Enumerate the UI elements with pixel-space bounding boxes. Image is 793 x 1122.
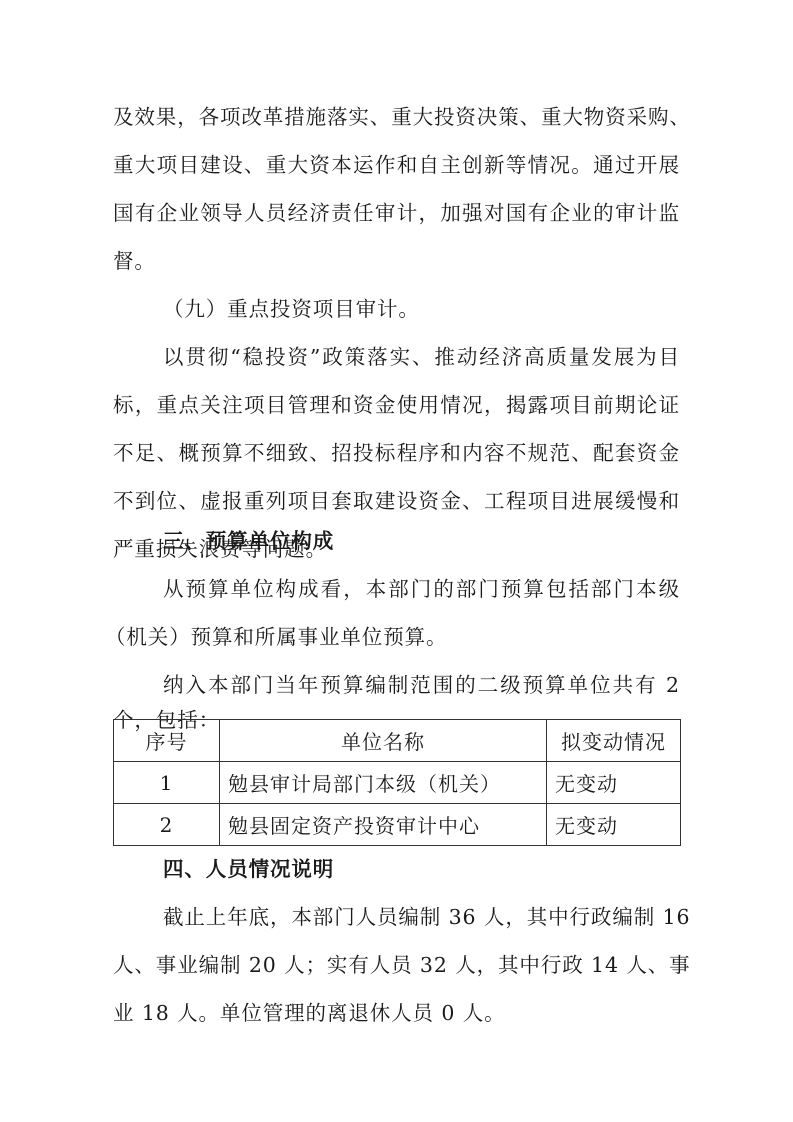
subsection-title: （九）重点投资项目审计。	[163, 295, 680, 323]
paragraph-line: 及效果，各项改革措施落实、重大投资决策、重大物资采购、	[113, 103, 680, 131]
cell-change-status: 无变动	[547, 762, 681, 804]
column-header-index: 序号	[114, 720, 220, 762]
paragraph-line: 重大项目建设、重大资本运作和自主创新等情况。通过开展	[113, 151, 680, 179]
cell-unit-name: 勉县审计局部门本级（机关）	[220, 762, 547, 804]
paragraph-line: 纳入本部门当年预算编制范围的二级预算单位共有 2	[163, 671, 680, 699]
column-header-unit-name: 单位名称	[220, 720, 547, 762]
cell-unit-name: 勉县固定资产投资审计中心	[220, 804, 547, 846]
paragraph-line: 以贯彻“稳投资”政策落实、推动经济高质量发展为目	[163, 343, 680, 371]
paragraph-line: 截止上年底，本部门人员编制 36 人，其中行政编制 16	[163, 903, 680, 931]
paragraph-line: 人、事业编制 20 人；实有人员 32 人，其中行政 14 人、事	[113, 951, 680, 979]
section-title: 四、人员情况说明	[163, 855, 680, 883]
paragraph-line: 不足、概预算不细致、招投标程序和内容不规范、配套资金	[113, 439, 680, 467]
table-row: 1 勉县审计局部门本级（机关） 无变动	[114, 762, 681, 804]
paragraph-line: 业 18 人。单位管理的离退休人员 0 人。	[113, 999, 680, 1027]
paragraph-line: 不到位、虚报重列项目套取建设资金、工程项目进展缓慢和	[113, 487, 680, 515]
paragraph-line: （机关）预算和所属事业单位预算。	[105, 623, 672, 651]
cell-index: 1	[114, 762, 220, 804]
paragraph-line: 标，重点关注项目管理和资金使用情况，揭露项目前期论证	[113, 391, 680, 419]
paragraph-line: 从预算单位构成看，本部门的部门预算包括部门本级	[163, 575, 680, 603]
section-title: 三、预算单位构成	[163, 527, 680, 555]
table-header-row: 序号 单位名称 拟变动情况	[114, 720, 681, 762]
cell-index: 2	[114, 804, 220, 846]
table-row: 2 勉县固定资产投资审计中心 无变动	[114, 804, 681, 846]
cell-change-status: 无变动	[547, 804, 681, 846]
document-page: 及效果，各项改革措施落实、重大投资决策、重大物资采购、 重大项目建设、重大资本运…	[0, 0, 793, 1122]
budget-units-table: 序号 单位名称 拟变动情况 1 勉县审计局部门本级（机关） 无变动 2 勉县固定…	[113, 719, 681, 846]
paragraph-line: 国有企业领导人员经济责任审计，加强对国有企业的审计监	[113, 199, 680, 227]
column-header-change-status: 拟变动情况	[547, 720, 681, 762]
paragraph-line: 督。	[113, 247, 680, 275]
